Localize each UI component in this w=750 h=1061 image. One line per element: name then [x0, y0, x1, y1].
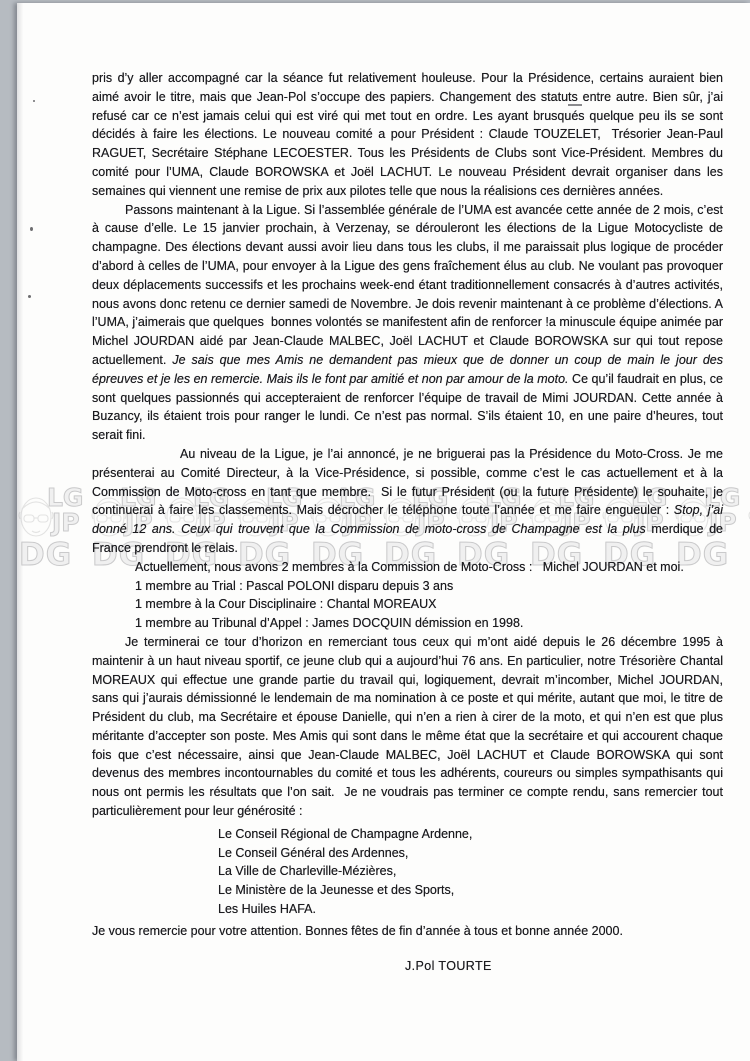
sponsor-list: Le Conseil Régional de Champagne Ardenne…	[218, 825, 723, 919]
paragraph-moto-cross: Au niveau de la Ligue, je l’ai annoncé, …	[92, 445, 723, 558]
list-line-tribunal-appel: 1 membre au Tribunal d’Appel : James DOC…	[92, 614, 723, 633]
paragraphs: pris d’y aller accompagné car la séance …	[92, 69, 723, 821]
sponsor-item: Les Huiles HAFA.	[218, 900, 723, 919]
list-line-trial: 1 membre au Trial : Pascal POLONI dispar…	[92, 577, 723, 596]
paragraph-ligue: Passons maintenant à la Ligue. Si l’asse…	[92, 201, 723, 445]
scan-speck	[30, 227, 33, 231]
face-watermark-icon	[17, 491, 57, 547]
scan-artifact-line	[568, 104, 582, 106]
scanner-background: { "page": { "background_color": "#b6bbc1…	[0, 0, 750, 1061]
sponsor-item: La Ville de Charleville-Mézières,	[218, 862, 723, 881]
paragraph-remerciements: Je terminerai ce tour d’horizon en remer…	[92, 633, 723, 821]
paragraph-commission-membres: Actuellement, nous avons 2 membres à la …	[92, 558, 723, 577]
sponsor-item: Le Ministère de la Jeunesse et des Sport…	[218, 881, 723, 900]
sponsor-item: Le Conseil Général des Ardennes,	[218, 844, 723, 863]
list-line-cour-disciplinaire: 1 membre à la Cour Disciplinaire : Chant…	[92, 595, 723, 614]
face-watermark-icon	[745, 491, 750, 547]
scan-speck	[33, 100, 35, 102]
closing-line: Je vous remercie pour votre attention. B…	[92, 922, 723, 941]
watermark-letters: JP	[52, 508, 80, 537]
letter-body: pris d’y aller accompagné car la séance …	[92, 69, 723, 975]
watermark-unit: LGJPDG	[17, 485, 90, 585]
document-page: LGJPDGLGJPDGLGJPDGLGJPDGLGJPDGLGJPDGLGJP…	[17, 3, 750, 1061]
sponsor-item: Le Conseil Régional de Champagne Ardenne…	[218, 825, 723, 844]
watermark-letters: DG	[19, 537, 72, 573]
paragraph-continuation: pris d’y aller accompagné car la séance …	[92, 69, 723, 201]
watermark-letters: LG	[47, 485, 83, 512]
signature: J.Pol TOURTE	[405, 957, 723, 976]
scan-speck	[28, 295, 31, 298]
